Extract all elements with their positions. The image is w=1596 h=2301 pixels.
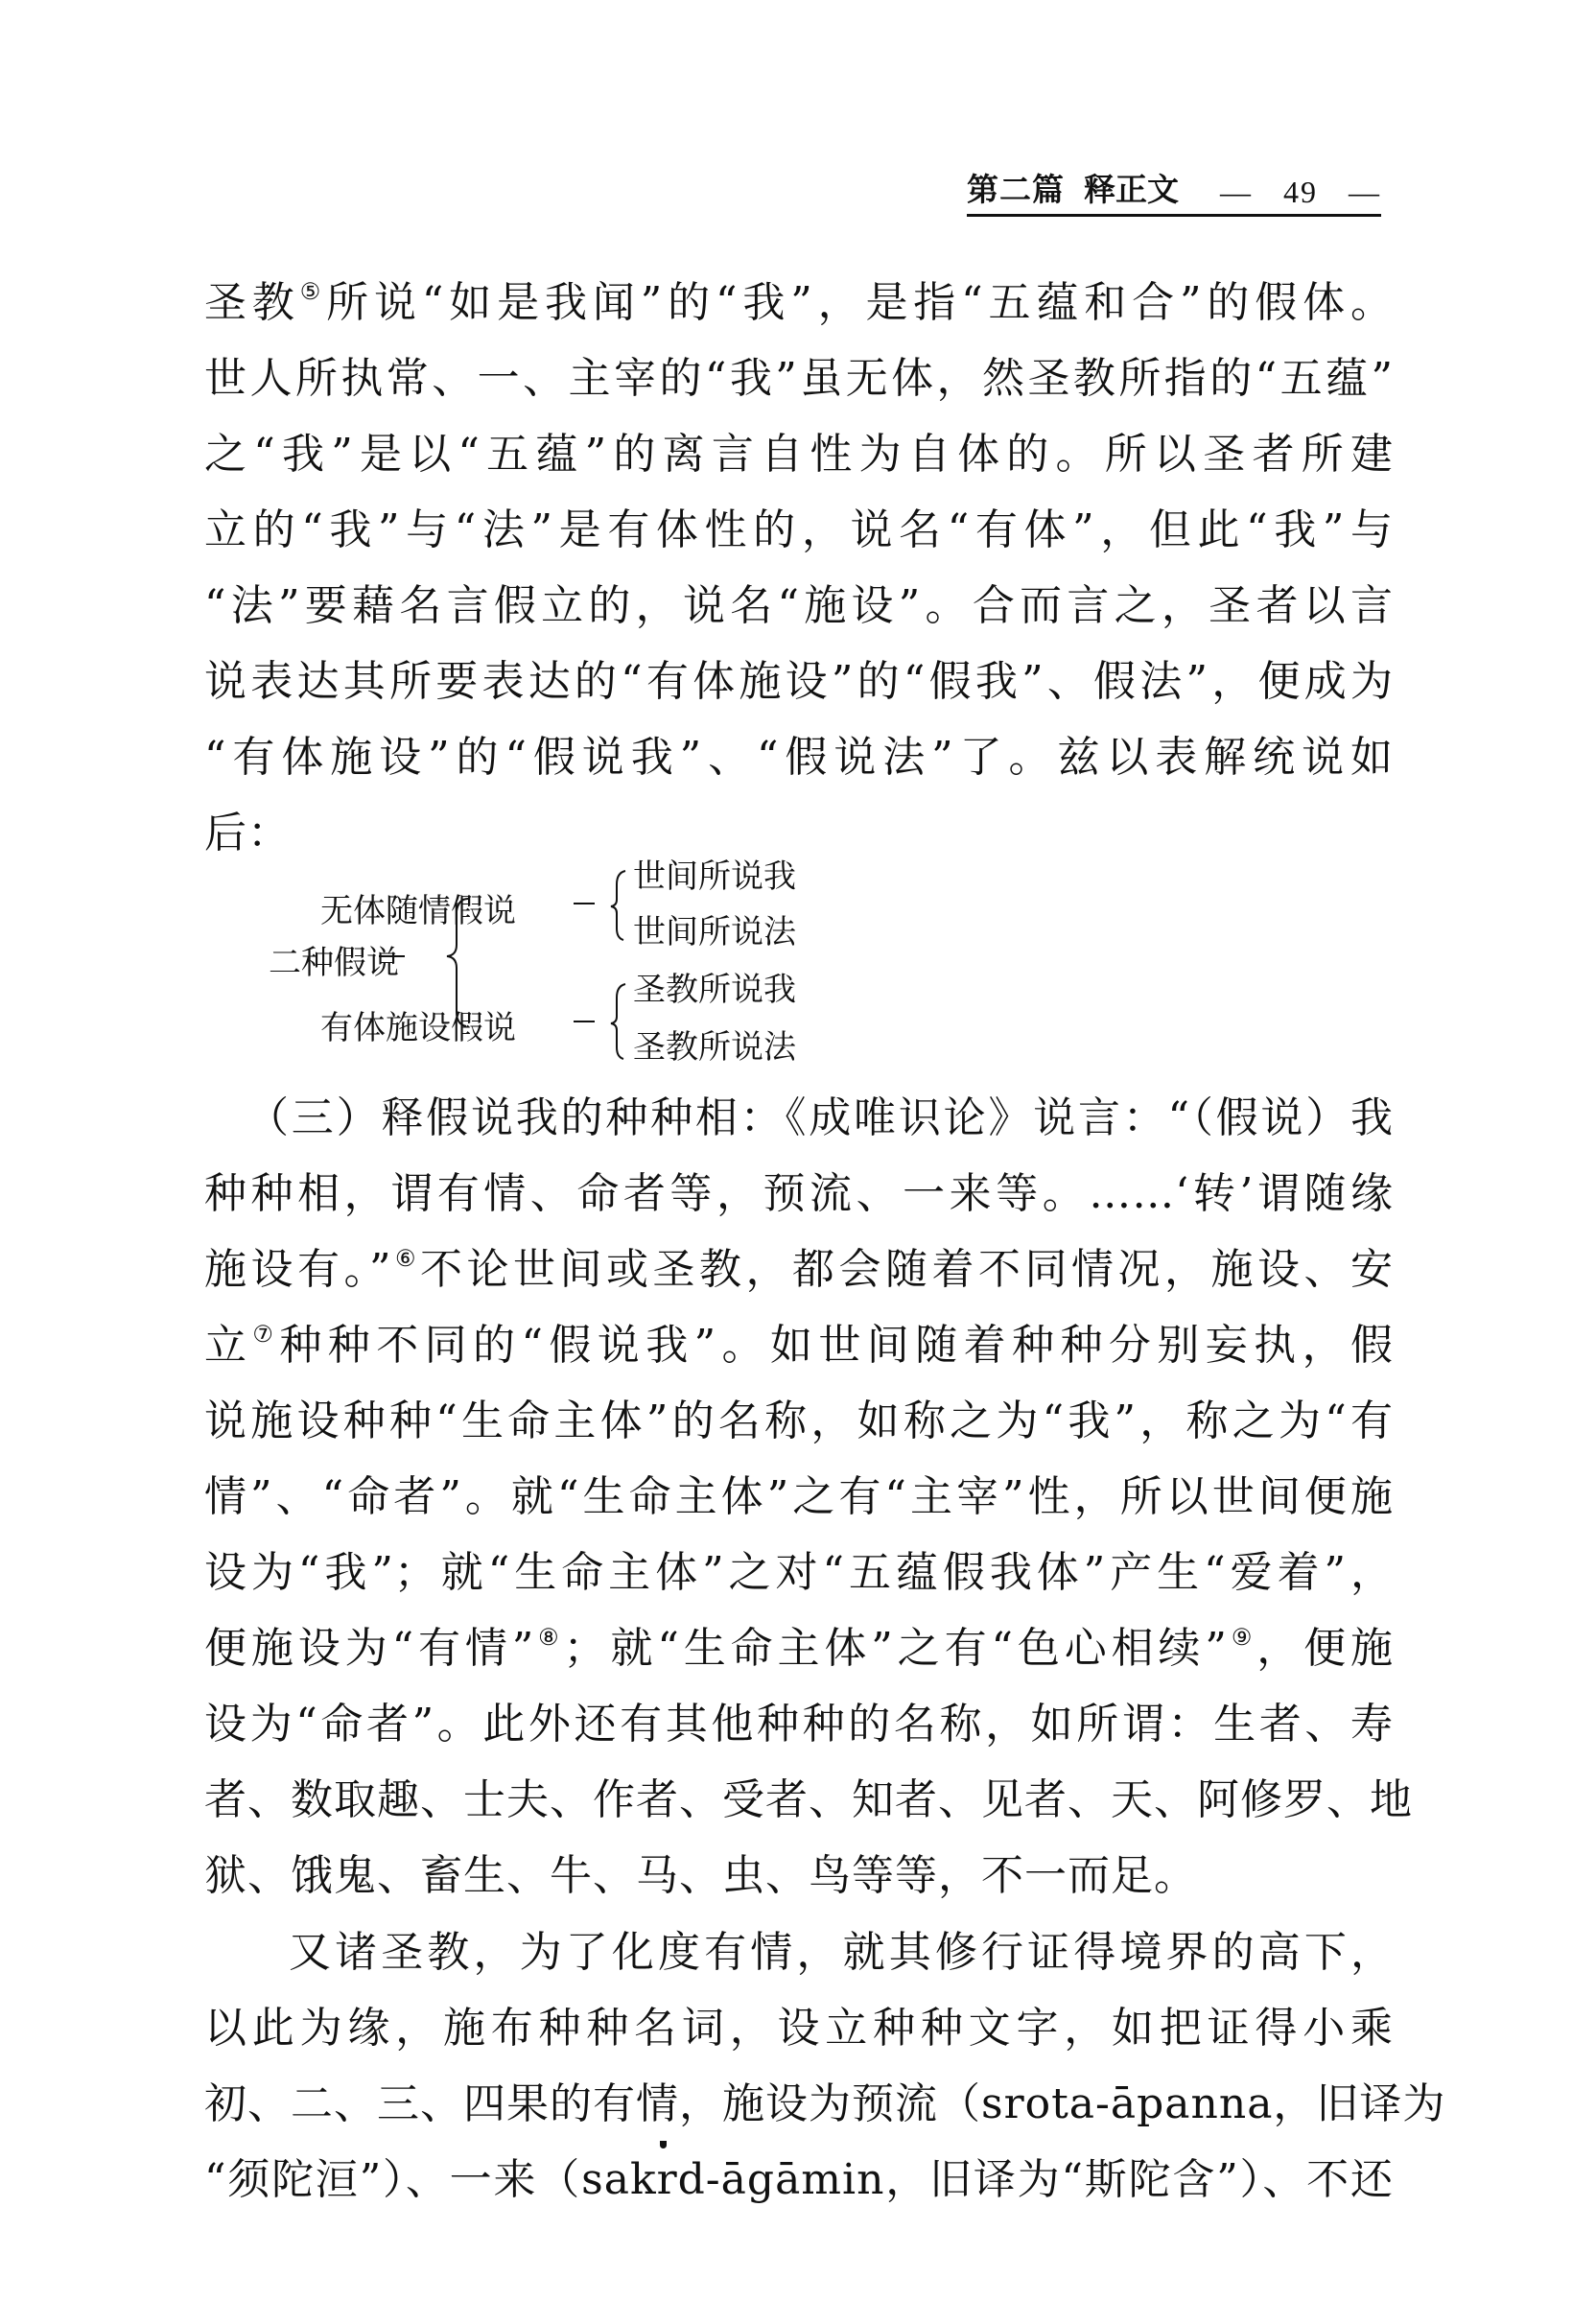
- text-line: “法”要藉名言假立的，说名“施设”。合而言之，圣者以言: [204, 568, 1394, 644]
- running-header: 第二篇 释正文 — 49 —: [967, 171, 1381, 217]
- diagram-leaf: 世间所说法: [633, 905, 796, 952]
- header-section: 释正文: [1084, 165, 1179, 210]
- footnote-ref[interactable]: ⑦: [252, 1321, 279, 1348]
- text-line: 立⑦种种不同的“假说我”。如世间随着种种分别妄执，假: [204, 1307, 1394, 1383]
- text-line: 以此为缘，施布种种名词，设立种种文字，如把证得小乘: [204, 1990, 1394, 2066]
- paragraph-1: 圣教⑤所说“如是我闻”的“我”，是指“五蕴和合”的假体。 世人所执常、一、主宰的…: [204, 265, 1394, 871]
- text-line: 说表达其所要表达的“有体施设”的“假我”、假法”，便成为: [204, 644, 1394, 719]
- text-line: 之“我”是以“五蕴”的离言自性为自体的。所以圣者所建: [204, 416, 1394, 492]
- diacritic-dot: [660, 2141, 667, 2148]
- paragraph-2: （三）释假说我的种种相：《成唯识论》说言：“（假说）我 种种相，谓有情、命者等，…: [204, 1080, 1394, 1914]
- text-line: 又诸圣教，为了化度有情，就其修行证得境界的高下，: [204, 1914, 1394, 1990]
- text-line: “有体施设”的“假说我”、“假说法”了。兹以表解统说如: [204, 719, 1394, 795]
- diagram-branch: 无体随情假说: [320, 884, 516, 931]
- footnote-ref[interactable]: ⑥: [392, 1245, 421, 1272]
- text-line: （三）释假说我的种种相：《成唯识论》说言：“（假说）我: [204, 1080, 1394, 1156]
- paragraph-3: 又诸圣教，为了化度有情，就其修行证得境界的高下， 以此为缘，施布种种名词，设立种…: [204, 1914, 1394, 2218]
- footnote-ref[interactable]: ⑤: [300, 278, 326, 305]
- diagram-leaf: 圣教所说法: [633, 1021, 796, 1068]
- diagram-branch: 有体施设假说: [320, 1001, 516, 1048]
- text-line: 情”、“命者”。就“生命主体”之有“主宰”性，所以世间便施: [204, 1459, 1394, 1535]
- text-line: 世人所执常、一、主宰的“我”虽无体，然圣教所指的“五蕴”: [204, 340, 1394, 416]
- text-line: 狱、饿鬼、畜生、牛、马、虫、鸟等等，不一而足。: [204, 1838, 1394, 1914]
- text-line: 立的“我”与“法”是有体性的，说名“有体”，但此“我”与: [204, 492, 1394, 568]
- text-line: 便施设为“有情”⑧；就“生命主体”之有“色心相续”⑨，便施: [204, 1610, 1394, 1686]
- footnote-ref[interactable]: ⑨: [1228, 1624, 1256, 1651]
- text-line: 圣教⑤所说“如是我闻”的“我”，是指“五蕴和合”的假体。: [204, 265, 1394, 340]
- diagram-leaf: 世间所说我: [633, 850, 796, 897]
- text-line: 者、数取趣、士夫、作者、受者、知者、见者、天、阿修罗、地: [204, 1762, 1394, 1838]
- text-line: 种种相，谓有情、命者等，预流、一来等。……‘转’谓随缘: [204, 1156, 1394, 1232]
- diagram-root: 二种假说: [269, 936, 399, 983]
- text-line: 设为“我”；就“生命主体”之对“五蕴假我体”产生“爱着”，: [204, 1535, 1394, 1610]
- text-line: “须陀洹”）、一来（sakrd-āgāmin，旧译为“斯陀含”）、不还: [204, 2142, 1394, 2218]
- header-part: 第二篇: [967, 165, 1065, 210]
- classification-diagram: 二种假说 无体随情假说 有体施设假说 世间所说我 世间所说法 圣教所说我 圣教所…: [269, 844, 978, 1074]
- diagram-leaf: 圣教所说我: [633, 963, 796, 1010]
- text-line: 说施设种种“生命主体”的名称，如称之为“我”，称之为“有: [204, 1383, 1394, 1459]
- page-number: — 49 —: [1220, 175, 1381, 210]
- text-line: 设为“命者”。此外还有其他种种的名称，如所谓：生者、寿: [204, 1686, 1394, 1762]
- text-line: 施设有。”⑥不论世间或圣教，都会随着不同情况，施设、安: [204, 1232, 1394, 1307]
- footnote-ref[interactable]: ⑧: [534, 1624, 563, 1651]
- text-line: 初、二、三、四果的有情，施设为预流（srota-āpanna，旧译为: [204, 2066, 1394, 2142]
